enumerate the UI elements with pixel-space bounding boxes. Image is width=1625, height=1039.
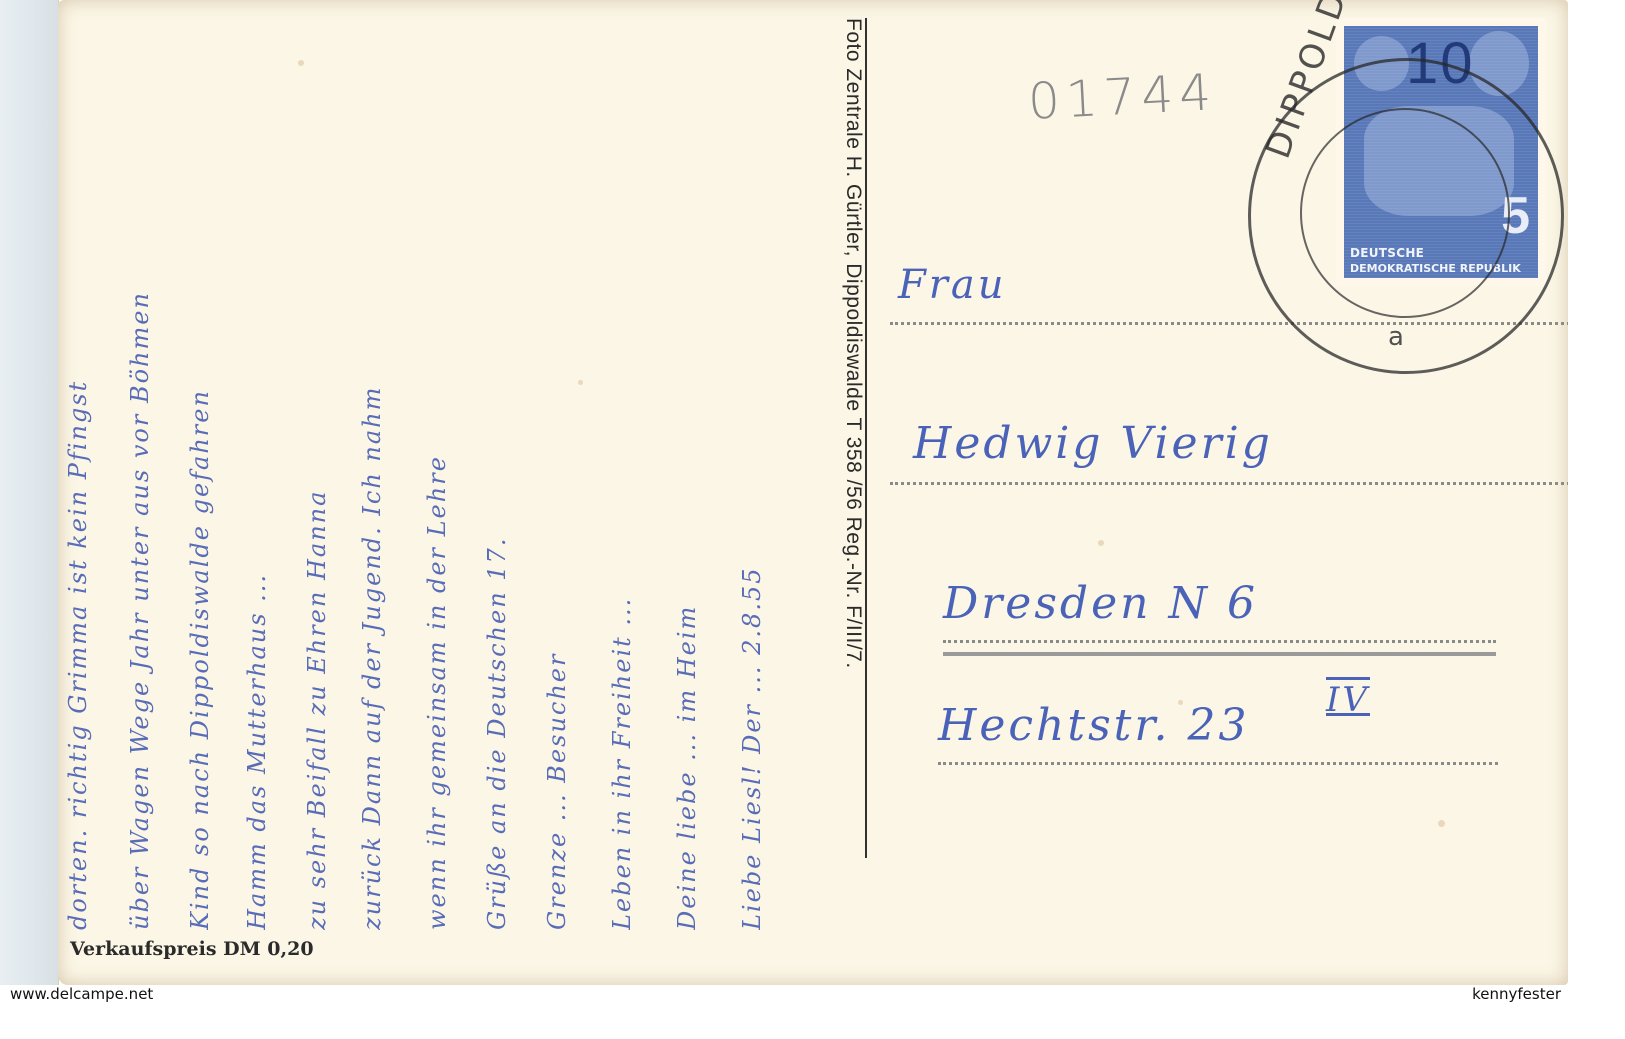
watermark-seller: kennyfester: [1472, 985, 1561, 1003]
address-floor: IV: [1326, 680, 1370, 720]
message-line: zu sehr Beifall zu Ehren Hanna: [303, 10, 333, 930]
address-city-underline: [943, 652, 1496, 656]
message-line: Liebe Liesl! Der ... 2.8.55: [738, 10, 768, 930]
postmark-inner-ring: [1300, 108, 1510, 318]
message-line: Grüße an die Deutschen 17.: [483, 10, 513, 930]
address-city: Dresden N 6: [943, 578, 1258, 629]
address-name: Hedwig Vierig: [913, 418, 1273, 469]
message-line: Hamm das Mutterhaus ...: [243, 10, 273, 930]
price-label: Verkaufspreis DM 0,20: [70, 938, 314, 960]
postcard: dorten. richtig Grimma ist kein Pfingst …: [58, 0, 1568, 985]
message-line: über Wagen Wege Jahr unter aus vor Böhme…: [126, 10, 156, 930]
message-line: Kind so nach Dippoldiswalde gefahren: [186, 10, 216, 930]
foxing-spot: [1438, 820, 1445, 827]
watermark-delcampe: www.delcampe.net: [10, 985, 153, 1003]
handwritten-message: dorten. richtig Grimma ist kein Pfingst …: [58, 0, 838, 985]
message-line: zurück Dann auf der Jugend. Ich nahm: [358, 10, 388, 930]
address-line-rule: [890, 482, 1568, 485]
postmark-sub-letter: a: [1388, 322, 1404, 352]
address-street: Hechtstr. 23: [938, 700, 1250, 751]
address-line-rule: [938, 762, 1498, 765]
message-line: Leben in ihr Freiheit ...: [608, 10, 638, 930]
address-salutation: Frau: [898, 262, 1006, 308]
message-line: dorten. richtig Grimma ist kein Pfingst: [64, 10, 94, 930]
archive-number: 01744: [1027, 63, 1219, 131]
message-line: Deine liebe ... im Heim: [673, 10, 703, 930]
scan-background-strip: [0, 0, 59, 985]
message-line: wenn ihr gemeinsam in der Lehre: [423, 10, 453, 930]
address-line-rule: [943, 640, 1496, 643]
publisher-imprint: Foto Zentrale H. Gürtler, Dippoldiswalde…: [831, 18, 867, 858]
message-line: Grenze ... Besucher: [543, 10, 573, 930]
foxing-spot: [1098, 540, 1104, 546]
